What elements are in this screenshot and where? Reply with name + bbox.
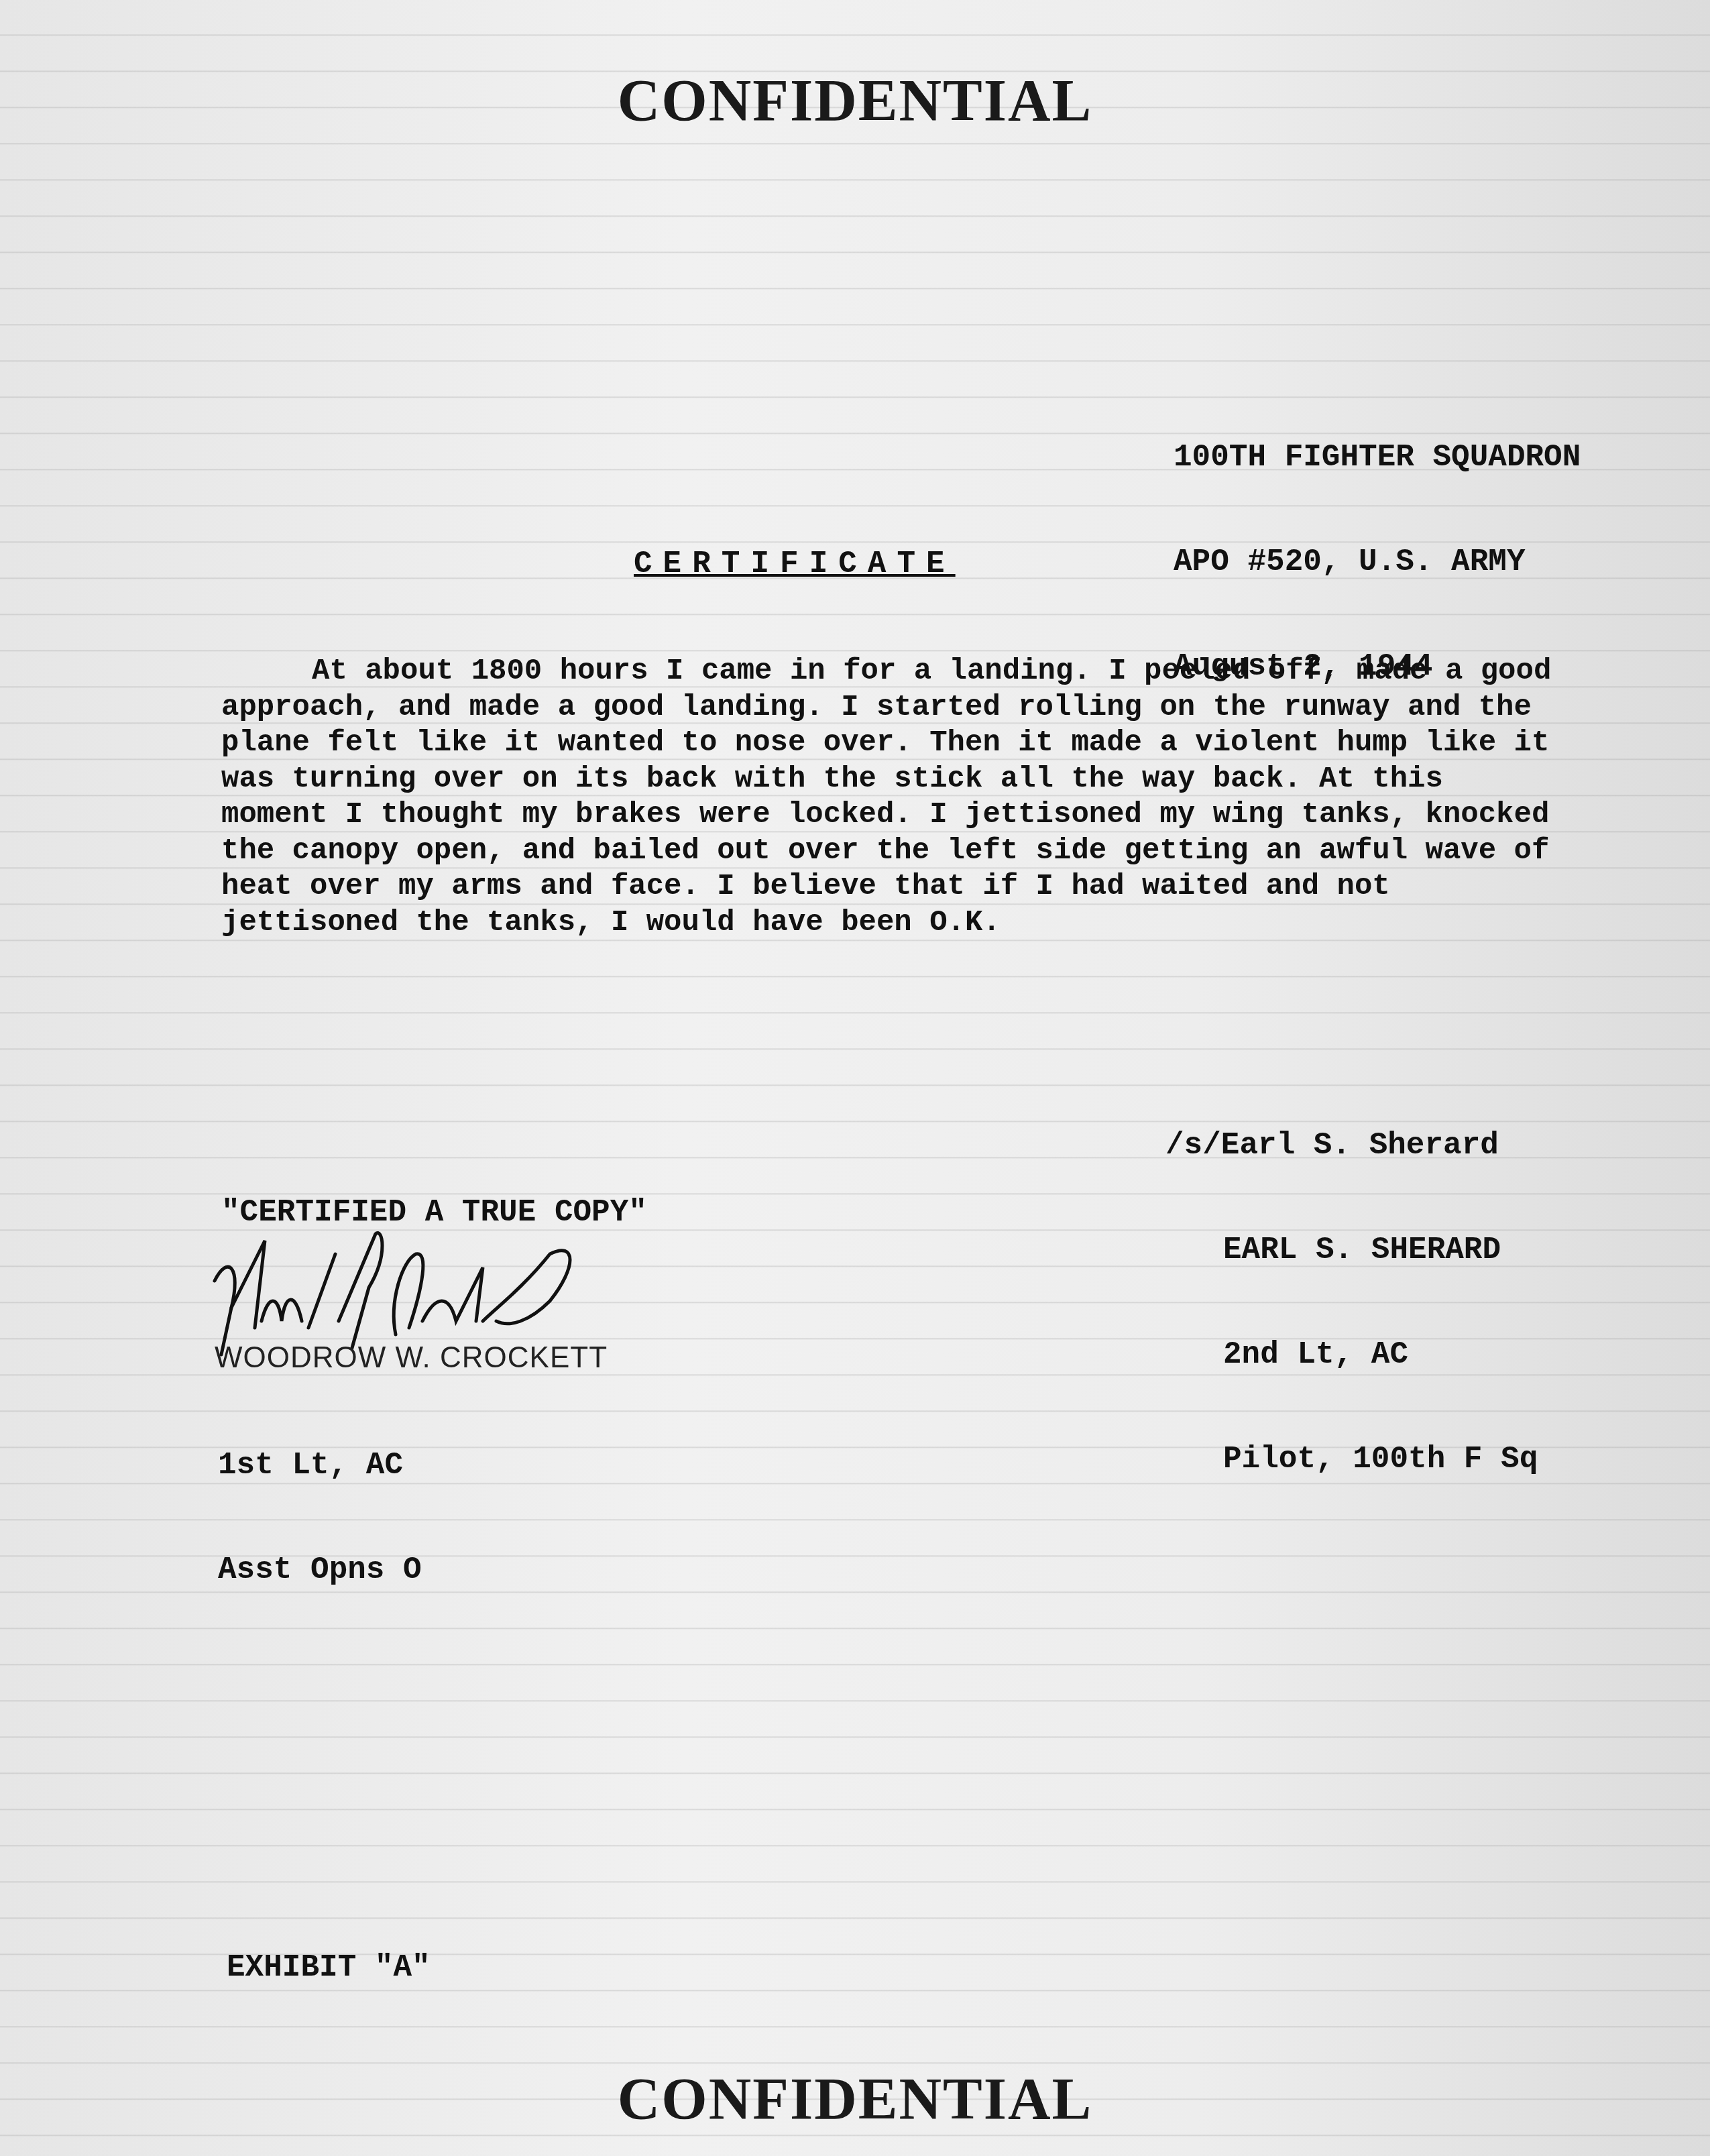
document-page: CONFIDENTIAL 100TH FIGHTER SQUADRON APO … <box>0 0 1710 2156</box>
signatory-name: EARL S. SHERARD <box>1165 1233 1538 1267</box>
certifier-rank: 1st Lt, AC <box>218 1448 422 1483</box>
unit-address: APO #520, U.S. ARMY <box>1174 545 1581 579</box>
document-title: CERTIFICATE <box>634 547 956 581</box>
confidential-stamp-bottom: CONFIDENTIAL <box>0 2065 1710 2133</box>
certifier-position: Asst Opns O <box>218 1552 422 1587</box>
confidential-stamp-top: CONFIDENTIAL <box>0 67 1710 135</box>
certifier-block: 1st Lt, AC Asst Opns O <box>218 1378 422 1657</box>
unit-name: 100TH FIGHTER SQUADRON <box>1174 440 1581 475</box>
signatory-position: Pilot, 100th F Sq <box>1165 1442 1538 1477</box>
certified-copy-label: "CERTIFIED A TRUE COPY" <box>221 1195 647 1230</box>
signatory-rank: 2nd Lt, AC <box>1165 1337 1538 1372</box>
signed-name: /s/Earl S. Sherard <box>1165 1128 1538 1163</box>
certifier-name: WOODROW W. CROCKETT <box>215 1341 608 1375</box>
statement-body: At about 1800 hours I came in for a land… <box>221 654 1562 941</box>
exhibit-label: EXHIBIT "A" <box>227 1950 431 1985</box>
signatory-block: /s/Earl S. Sherard EARL S. SHERARD 2nd L… <box>1165 1058 1538 1546</box>
